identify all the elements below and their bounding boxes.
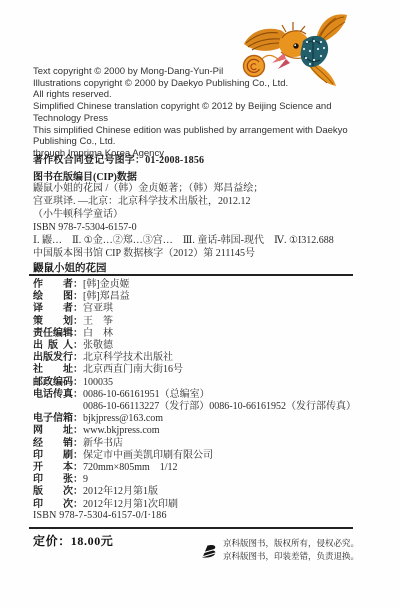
row-colon: ： (73, 340, 83, 351)
colophon-row: 邮政编码：100035 (33, 377, 368, 389)
row-value: 新华书店 (83, 438, 123, 449)
row-value: 0086-10-66161951（总编室） (83, 389, 210, 400)
colophon-row: 责任编辑：白 林 (33, 328, 368, 340)
cip-block: 鼹鼠小姐的花园 /（韩）金贞姬著；（韩）郑昌益绘； 宫亚琪译. —北京：北京科学… (33, 182, 373, 260)
row-value: [韩]金贞姬 (83, 279, 130, 290)
colophon-row: 经销：新华书店 (33, 438, 368, 450)
cip-line: （小牛顿科学童话） (33, 208, 373, 221)
row-colon: ： (73, 462, 83, 473)
colophon-row: 作者：[韩]金贞姬 (33, 279, 368, 291)
row-label: 出版发行 (33, 352, 73, 364)
colophon-row: 策划：王 筝 (33, 316, 368, 328)
price-line: 定价：18.00元 (33, 532, 113, 549)
colophon-row: 出版发行：北京科学技术出版社 (33, 352, 368, 364)
row-label: 责任编辑 (33, 328, 73, 340)
row-colon: ： (73, 413, 83, 424)
colophon-row: 版次：2012年12月第1版 (33, 486, 368, 498)
row-colon: ： (73, 389, 83, 400)
registration-line: 著作权合同登记号图字：01-2008-1856 (33, 151, 204, 166)
row-colon: ： (73, 303, 83, 314)
row-label: 邮政编码 (33, 377, 73, 389)
isbn-line: ISBN 978-7-5304-6157-0/I·186 (33, 510, 167, 521)
row-colon: ： (73, 474, 83, 485)
row-value: 100035 (83, 377, 113, 388)
notice-line-1: 京科版图书，版权所有，侵权必究。 (223, 537, 359, 550)
copyright-line: All rights reserved. (33, 89, 363, 101)
press-logo-icon (201, 544, 218, 559)
row-value: 王 筝 (83, 316, 113, 327)
row-label: 经销 (33, 438, 73, 450)
row-value: 北京科学技术出版社 (83, 352, 173, 363)
copyright-block: Text copyright © 2000 by Mong-Dang-Yun-P… (33, 66, 363, 160)
row-colon: ： (73, 316, 83, 327)
cip-line: Ⅰ. 鼹… Ⅱ. ①金…②郑…③宫… Ⅲ. 童话-韩国-现代 Ⅳ. ①I312.… (33, 234, 373, 247)
copyright-line: Simplified Chinese translation copyright… (33, 101, 363, 124)
row-value: www.bkjpress.com (83, 425, 160, 436)
row-label: 印张 (33, 474, 73, 486)
row-colon: ： (73, 352, 83, 363)
publisher-notice: 京科版图书，版权所有，侵权必究。 京科版图书，印装差错，负责退换。 (201, 537, 359, 562)
colophon-row: 出版人：张敬德 (33, 340, 368, 352)
notice-line-2: 京科版图书，印装差错，负责退换。 (223, 550, 359, 563)
row-label: 出版人 (33, 340, 73, 352)
colophon-row: 网址：www.bkjpress.com (33, 425, 368, 437)
colophon-row: 电子信箱：bjkjpress@163.com (33, 413, 368, 425)
row-value-continued: 0086-10-66113227（发行部）0086-10-66161952（发行… (83, 401, 368, 413)
row-colon: ： (73, 486, 83, 497)
cip-header: 图书在版编目(CIP)数据 (33, 168, 137, 183)
colophon-table: 作者：[韩]金贞姬 绘图：[韩]郑昌益 译者：宫亚琪 策划：王 筝 责任编辑：白… (33, 279, 368, 511)
row-colon: ： (73, 291, 83, 302)
colophon-row: 印刷：保定市中画美凯印刷有限公司 (33, 450, 368, 462)
cip-line: 鼹鼠小姐的花园 /（韩）金贞姬著；（韩）郑昌益绘； (33, 182, 373, 195)
row-value: 720mm×805mm 1/12 (83, 462, 178, 473)
copyright-line: Text copyright © 2000 by Mong-Dang-Yun-P… (33, 66, 363, 78)
book-title: 鼹鼠小姐的花园 (33, 260, 107, 275)
colophon-row: 印张：9 (33, 474, 368, 486)
notice-lines: 京科版图书，版权所有，侵权必究。 京科版图书，印装差错，负责退换。 (223, 537, 359, 562)
row-value: 白 林 (83, 328, 113, 339)
row-label: 网址 (33, 425, 73, 437)
row-value: 宫亚琪 (83, 303, 113, 314)
row-value: 2012年12月第1次印刷 (83, 499, 178, 510)
cip-line: ISBN 978-7-5304-6157-0 (33, 221, 373, 234)
colophon-row: 译者：宫亚琪 (33, 303, 368, 315)
row-label: 社址 (33, 364, 73, 376)
row-label: 策划 (33, 316, 73, 328)
colophon-row: 社址：北京西直门南大街16号 (33, 364, 368, 376)
row-colon: ： (73, 438, 83, 449)
copyright-page: Text copyright © 2000 by Mong-Dang-Yun-P… (0, 0, 400, 609)
colophon-row: 开本：720mm×805mm 1/12 (33, 462, 368, 474)
row-colon: ： (73, 499, 83, 510)
cip-line: 中国版本图书馆 CIP 数据核字（2012）第 211145号 (33, 247, 373, 260)
row-label: 电话传真 (33, 389, 73, 401)
row-colon: ： (73, 364, 83, 375)
cip-line: 宫亚琪译. —北京：北京科学技术出版社，2012.12 (33, 195, 373, 208)
row-value: 保定市中画美凯印刷有限公司 (83, 450, 213, 461)
colophon-row: 绘图：[韩]郑昌益 (33, 291, 368, 303)
row-label: 版次 (33, 486, 73, 498)
row-colon: ： (73, 425, 83, 436)
row-colon: ： (73, 377, 83, 388)
divider-bottom (29, 527, 353, 529)
divider-top (29, 274, 353, 276)
row-label: 开本 (33, 462, 73, 474)
row-colon: ： (73, 328, 83, 339)
copyright-line: This simplified Chinese edition was publ… (33, 125, 363, 148)
row-value: 9 (83, 474, 88, 485)
row-value: bjkjpress@163.com (83, 413, 163, 424)
row-label: 印刷 (33, 450, 73, 462)
row-colon: ： (73, 279, 83, 290)
row-value: 2012年12月第1版 (83, 486, 158, 497)
colophon-row: 电话传真：0086-10-66161951（总编室） 0086-10-66113… (33, 389, 368, 413)
row-label: 绘图 (33, 291, 73, 303)
row-value: [韩]郑昌益 (83, 291, 130, 302)
row-label: 译者 (33, 303, 73, 315)
row-value: 张敬德 (83, 340, 113, 351)
row-label: 电子信箱 (33, 413, 73, 425)
copyright-line: Illustrations copyright © 2000 by Daekyo… (33, 78, 363, 90)
row-value: 北京西直门南大街16号 (83, 364, 183, 375)
row-label: 作者 (33, 279, 73, 291)
row-colon: ： (73, 450, 83, 461)
